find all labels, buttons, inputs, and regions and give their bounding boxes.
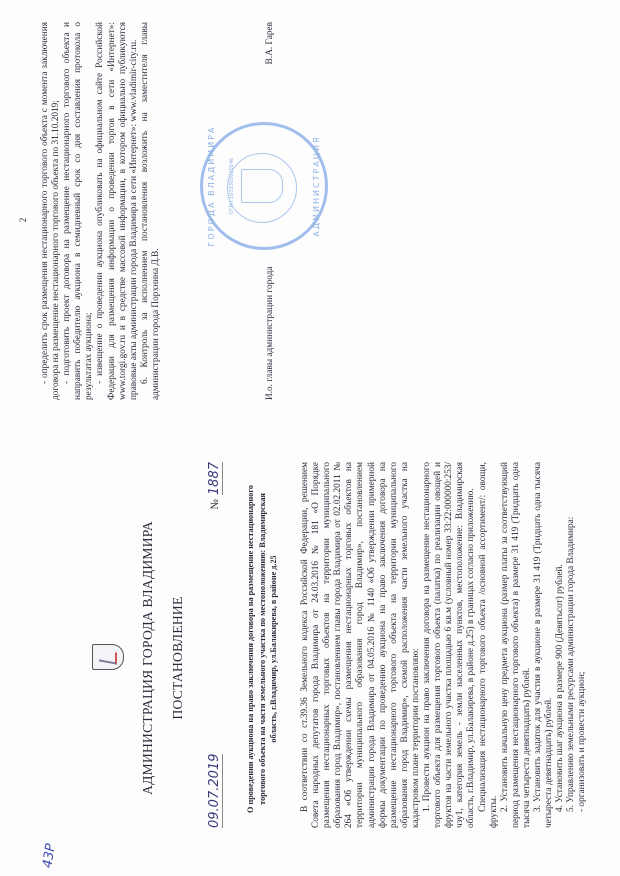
number-value: 1887 bbox=[207, 462, 223, 495]
paragraph: - извещение о проведении аукциона опубли… bbox=[95, 22, 139, 400]
document-subject: О проведении аукциона на право заключени… bbox=[245, 480, 280, 818]
paragraph: 6. Контроль за исполнением постановления… bbox=[140, 22, 162, 400]
paragraph: В соответствии со ст.39.36 Земельного ко… bbox=[300, 462, 422, 828]
signature-name: В.А. Гарев bbox=[265, 22, 275, 64]
document-page-2: 2 - определить срок размещения нестацион… bbox=[0, 0, 620, 440]
stamp-top-text: ГОРОДА ВЛАДИМИРА bbox=[207, 125, 216, 247]
coat-of-arms-icon bbox=[241, 169, 283, 203]
document-number: №1887 bbox=[207, 462, 222, 510]
number-label: № bbox=[209, 499, 221, 510]
document-date: 09.07.2019 bbox=[207, 754, 223, 828]
paragraph: 1. Провести аукцион на право заключения … bbox=[422, 462, 477, 828]
page-2-body: - определить срок размещения нестационар… bbox=[40, 22, 162, 400]
paragraph: Специализация нестационарного торгового … bbox=[478, 462, 500, 828]
stamp-bottom-text: АДМИНИСТРАЦИЯ bbox=[312, 125, 321, 247]
signature-title: И.о. главы администрации города bbox=[265, 266, 275, 400]
organization-name: АДМИНИСТРАЦИЯ ГОРОДА ВЛАДИМИРА bbox=[140, 440, 156, 876]
page-number: 2 bbox=[18, 0, 28, 440]
paragraph: 5. Управлению земельными ресурсами админ… bbox=[566, 462, 577, 828]
page-1-body: В соответствии со ст.39.36 Земельного ко… bbox=[300, 462, 588, 828]
paragraph: 3. Установить задаток для участия в аукц… bbox=[533, 462, 555, 828]
paragraph: - подготовить проект договора на размеще… bbox=[62, 22, 95, 400]
signature-block: И.о. главы администрации города В.А. Гар… bbox=[265, 22, 275, 400]
document-type: ПОСТАНОВЛЕНИЕ bbox=[170, 440, 186, 876]
paragraph: - организовать и провести аукцион; bbox=[577, 462, 588, 828]
page-1-holder: 43Р АДМИНИСТРАЦИЯ ГОРОДА ВЛАДИМИРА ПОСТА… bbox=[0, 440, 620, 876]
paragraph: - определить срок размещения нестационар… bbox=[40, 22, 62, 400]
official-stamp: ГОРОДА ВЛАДИМИРА ОГРН 1033302020146 АДМИ… bbox=[200, 122, 328, 250]
document-page-1: 43Р АДМИНИСТРАЦИЯ ГОРОДА ВЛАДИМИРА ПОСТА… bbox=[0, 440, 620, 876]
paragraph: 2. Установить начальную цену предмета ау… bbox=[500, 462, 533, 828]
handwritten-mark: 43Р bbox=[40, 843, 58, 869]
paragraph: 4. Установить шаг аукциона в размере 900… bbox=[555, 462, 566, 828]
page-2-holder: 2 - определить срок размещения нестацион… bbox=[0, 0, 620, 440]
coat-of-arms-icon bbox=[92, 644, 124, 670]
